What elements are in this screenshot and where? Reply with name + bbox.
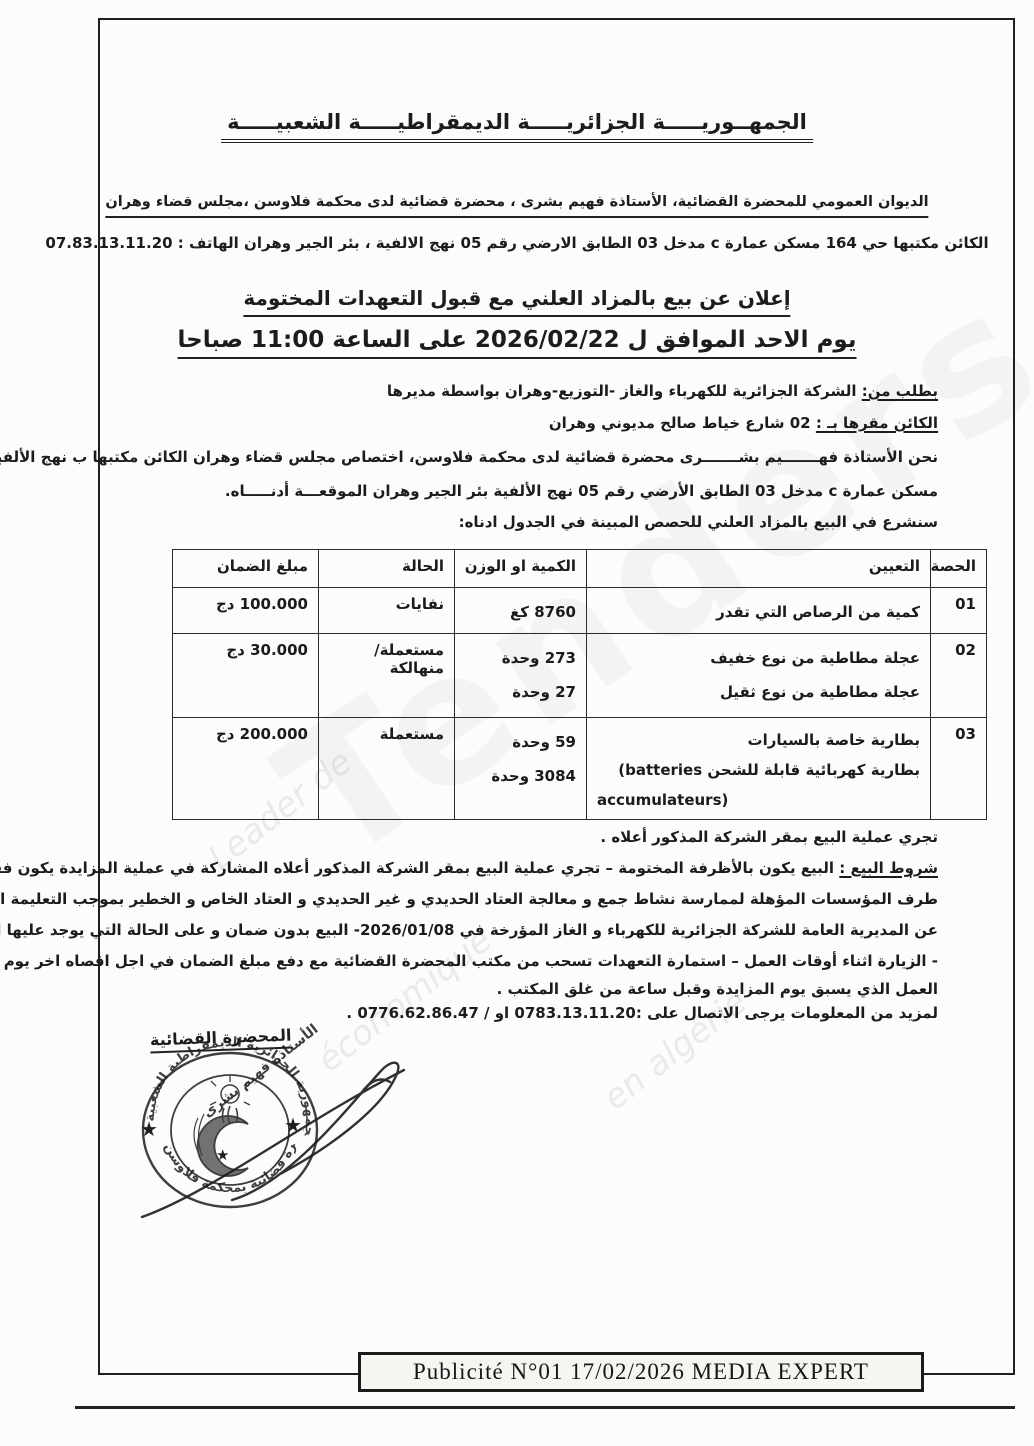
publication-stamp-box: Publicité N°01 17/02/2026 MEDIA EXPERT [358, 1352, 924, 1392]
svg-text:★: ★ [216, 1146, 229, 1164]
table-header-row: الحصة التعيين الكمية او الوزن الحالة مبل… [173, 550, 987, 588]
announcement-title: إعلان عن بيع بالمزاد العلني مع قبول التع… [243, 286, 790, 317]
terms-label: شروط البيع : [839, 859, 938, 877]
header-deposit: مبلغ الضمان [173, 550, 319, 588]
quantity-line: 59 وحدة [461, 725, 576, 759]
quantity-line: 27 وحدة [461, 675, 576, 709]
office-address-line: الكائن مكتبها حي 164 مسكن عمارة c مدخل 0… [45, 234, 988, 252]
deposit-cell: 100.000 دج [173, 588, 319, 634]
quantity-line: 8760 كغ [461, 595, 576, 629]
quantity-line: 273 وحدة [461, 641, 576, 675]
lot-number: 01 [931, 588, 987, 634]
stamp-sun-icon [221, 1085, 239, 1103]
lot-number: 02 [931, 634, 987, 718]
request-text: الشركة الجزائرية للكهرباء والغاز -التوزي… [387, 382, 862, 400]
designation-line: accumulateurs)‎ [593, 785, 920, 815]
location-line: الكائن مقرها بـ : 02 شارع خياط صالح مديو… [549, 414, 938, 432]
svg-text:★: ★ [140, 1117, 158, 1141]
terms-line-2: طرف المؤسسات المؤهلة لممارسة نشاط جمع و … [0, 889, 938, 909]
intro-line-3: سنشرع في البيع بالمزاد العلني للحصص المب… [459, 513, 938, 531]
request-label: بطلب من: [862, 382, 938, 400]
designation-line: بطارية كهربائية قابلة للشحن ‎(batteries [593, 755, 920, 785]
official-round-stamp: الجمهورية الجزائرية الديمقراطية الشعبية … [112, 1032, 442, 1242]
deposit-cell: 200.000 دج [173, 718, 319, 820]
stamp-sun-rays-icon [210, 1076, 250, 1105]
terms-line-1: شروط البيع : البيع يكون بالأظرفة المختوم… [0, 858, 938, 878]
intro-line-2: مسكن عمارة c مدخل 03 الطابق الأرضي رقم 0… [225, 482, 938, 500]
terms-line-3: عن المديرية العامة للشركة الجزائرية للكه… [0, 920, 938, 940]
document-page: Tenders Leader de économique en algérie … [0, 0, 1034, 1446]
header-condition: الحالة [319, 550, 455, 588]
table-row: 03 بطارية خاصة بالسيارات بطارية كهربائية… [173, 718, 987, 820]
bottom-rule [75, 1406, 1015, 1409]
designation-line: كمية من الرصاص التي تقدر [593, 595, 920, 629]
terms-text-1: البيع يكون بالأظرفة المختومة – تجري عملي… [0, 859, 839, 877]
designation-line: عجلة مطاطية من نوع ثقيل [593, 675, 920, 709]
header-designation: التعيين [587, 550, 931, 588]
table-row: 01 كمية من الرصاص التي تقدر 8760 كغ نفاي… [173, 588, 987, 634]
location-text: 02 شارع خياط صالح مديوني وهران [549, 414, 816, 432]
republic-header: الجمهــوريـــــة الجزائريـــــة الديمقرا… [221, 110, 813, 143]
designation-line: بطارية خاصة بالسيارات [593, 725, 920, 755]
quantity-line: 3084 وحدة [461, 759, 576, 793]
location-label: الكائن مقرها بـ : [816, 414, 938, 432]
table-row: 02 عجلة مطاطية من نوع خفيف عجلة مطاطية م… [173, 634, 987, 718]
terms-line-4: - الزيارة اثناء أوقات العمل – استمارة ال… [0, 951, 938, 971]
deposit-cell: 30.000 دج [173, 634, 319, 718]
lot-number: 03 [931, 718, 987, 820]
bailiff-office-line: الديوان العمومي للمحضرة القضائية، الأستا… [105, 194, 928, 218]
designation-line: عجلة مطاطية من نوع خفيف [593, 641, 920, 675]
request-line: بطلب من: الشركة الجزائرية للكهرباء والغا… [387, 382, 938, 400]
auction-date-line: يوم الاحد الموافق ل 2026/02/22 على الساع… [178, 327, 857, 359]
terms-line-5: العمل الذي يسبق يوم المزايدة وقبل ساعة م… [497, 979, 938, 999]
condition-cell: مستعملة [319, 718, 455, 820]
header-quantity: الكمية او الوزن [455, 550, 587, 588]
venue-line: تجري عملية البيع بمقر الشركة المذكور أعل… [600, 828, 938, 846]
lots-table: الحصة التعيين الكمية او الوزن الحالة مبل… [172, 549, 987, 820]
intro-line-1: نحن الأستاذة فهـــــــيم بشـــــــرى محض… [0, 448, 938, 466]
condition-cell: نفايات [319, 588, 455, 634]
contact-line: لمزيد من المعلومات يرجى الاتصال على :078… [346, 1004, 938, 1022]
condition-cell: مستعملة/ منهالكة [319, 634, 455, 718]
header-lot: الحصة [931, 550, 987, 588]
publication-text: Publicité N°01 17/02/2026 MEDIA EXPERT [413, 1359, 869, 1385]
